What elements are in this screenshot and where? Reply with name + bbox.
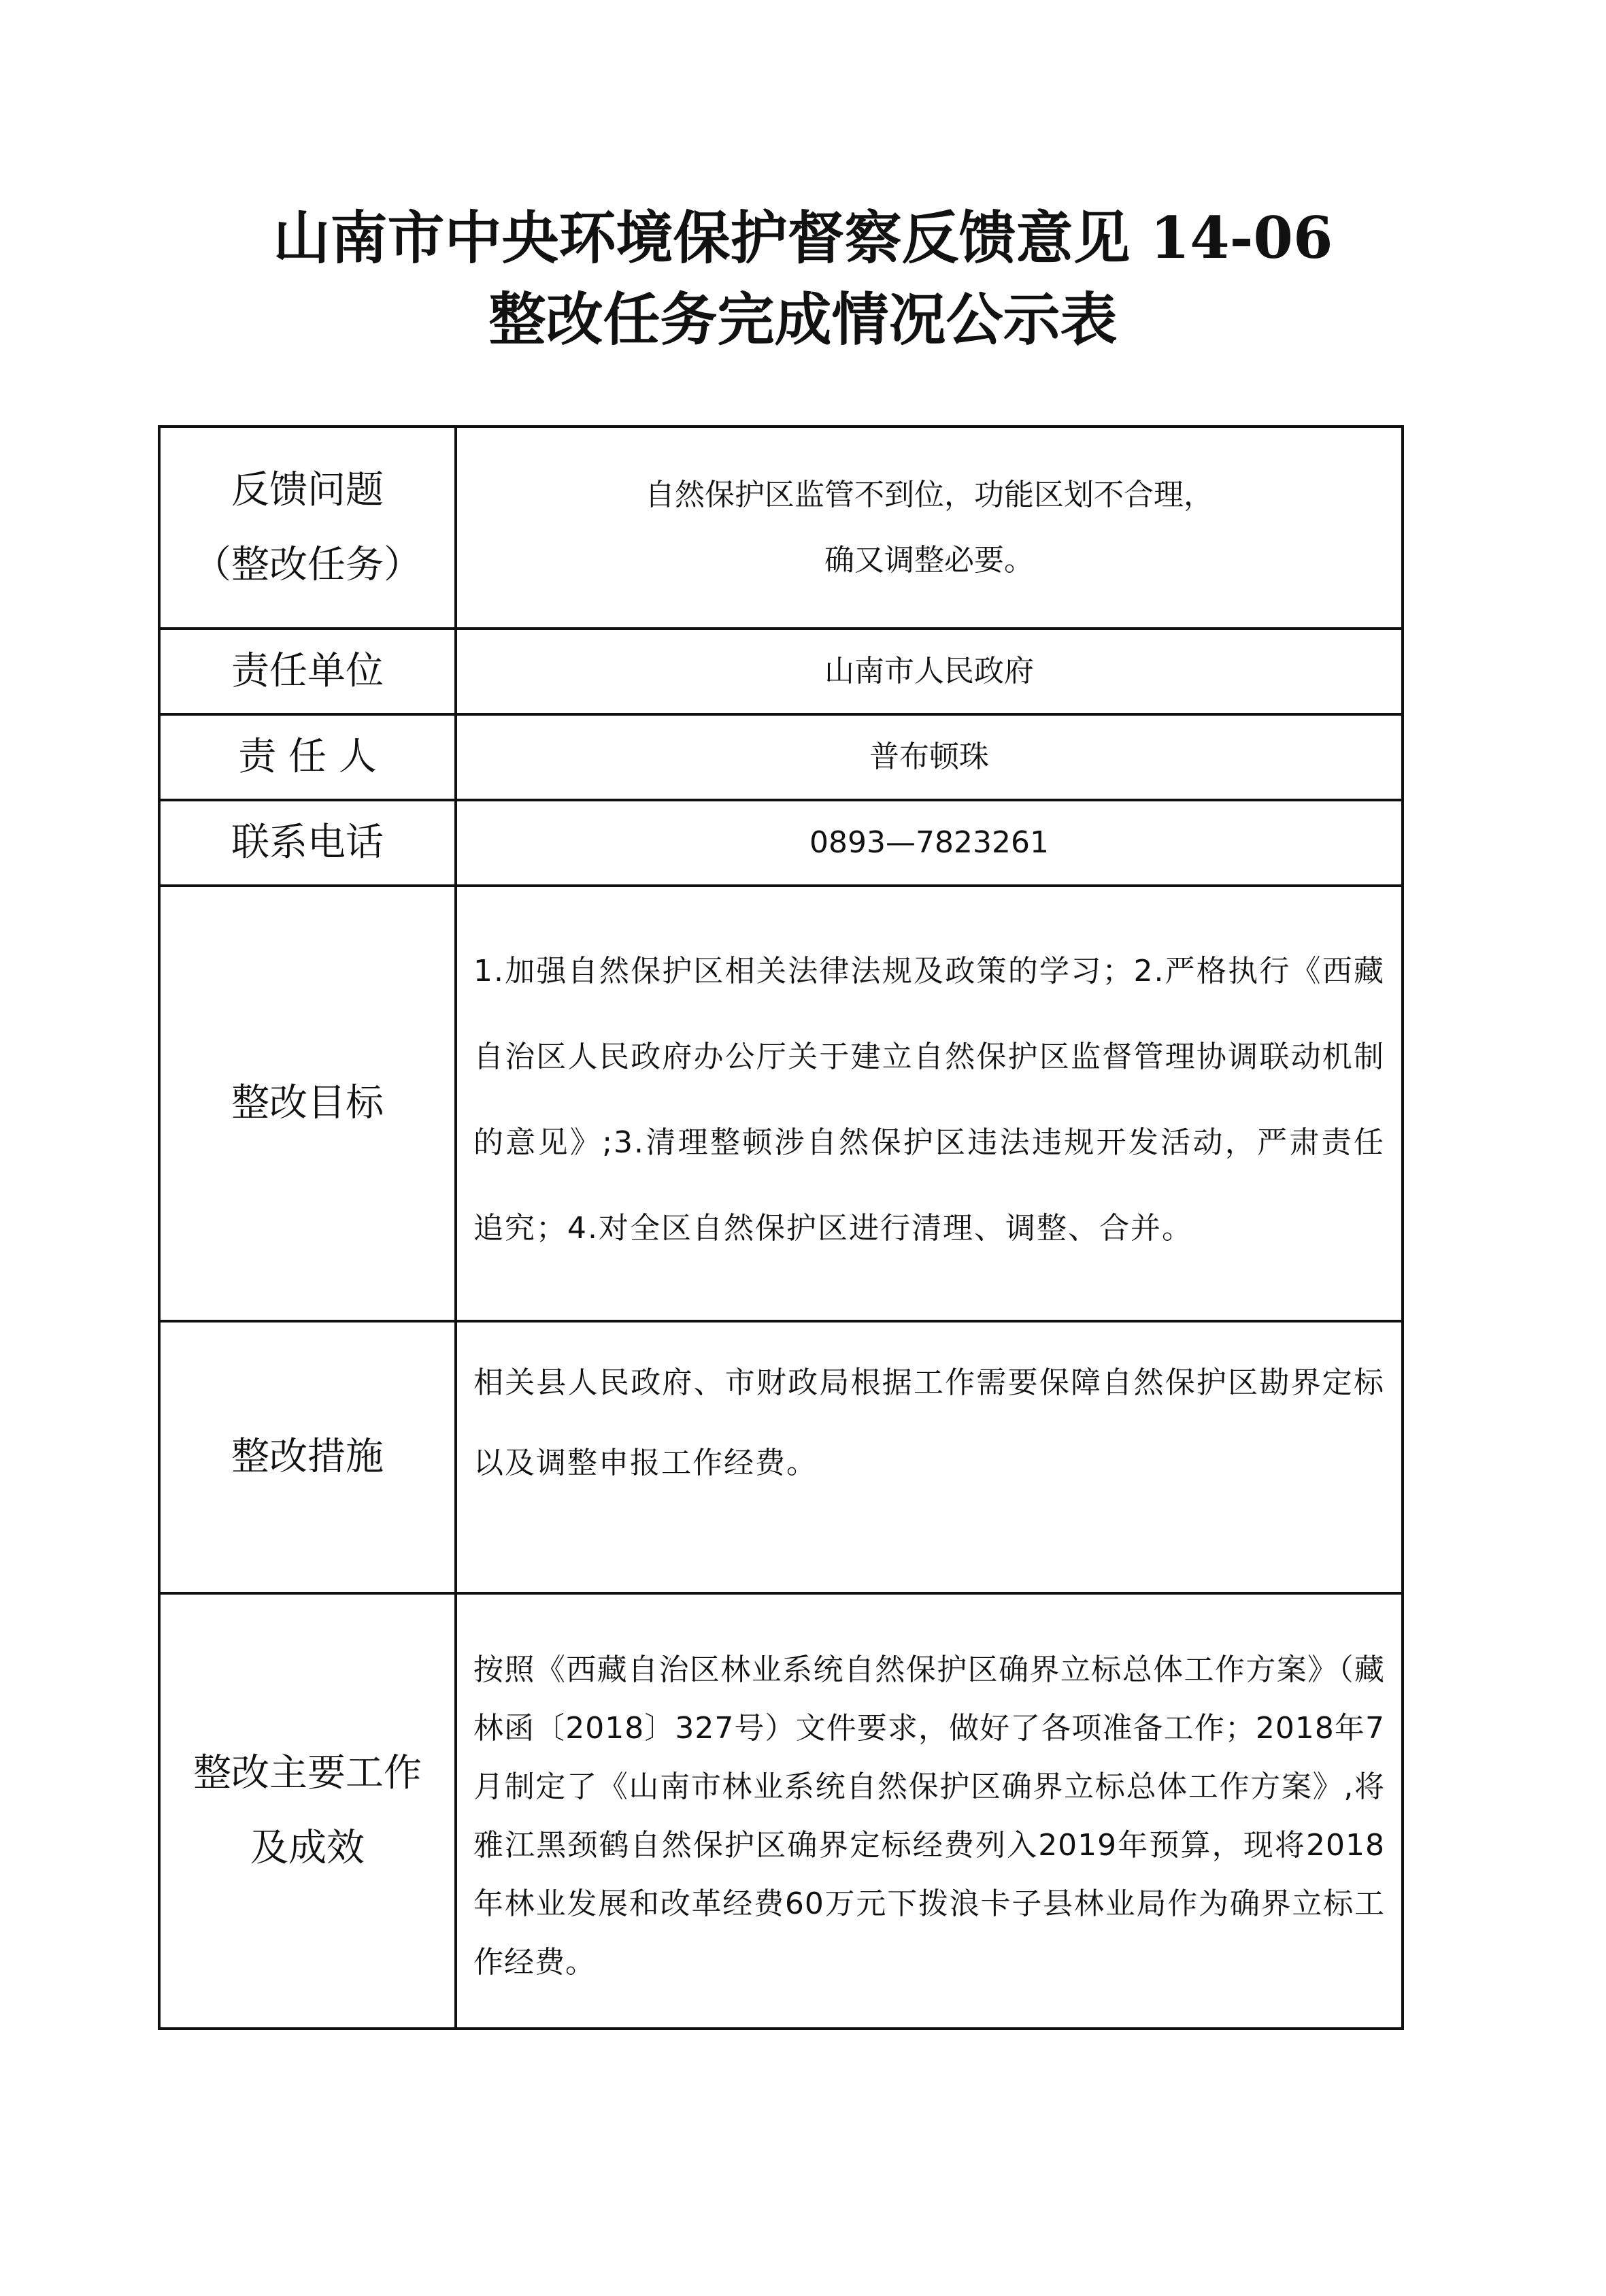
value-feedback-issue: 自然保护区监管不到位，功能区划不合理， 确又调整必要。 <box>456 427 1403 629</box>
label-line: 及成效 <box>161 1811 454 1886</box>
label-responsible-person: 责 任 人 <box>159 714 456 800</box>
table-row-feedback-issue: 反馈问题 （整改任务） 自然保护区监管不到位，功能区划不合理， 确又调整必要。 <box>159 427 1403 629</box>
value-line: 确又调整必要。 <box>458 528 1401 593</box>
value-rectification-measures: 相关县人民政府、市财政局根据工作需要保障自然保护区勘界定标以及调整申报工作经费。 <box>456 1321 1403 1593</box>
title-line-2: 整改任务完成情况公示表 <box>0 279 1606 361</box>
value-responsible-person: 普布顿珠 <box>456 714 1403 800</box>
value-contact-phone: 0893—7823261 <box>456 800 1403 886</box>
title-line-1: 山南市中央环境保护督察反馈意见 14-06 <box>0 197 1606 279</box>
rectification-table: 反馈问题 （整改任务） 自然保护区监管不到位，功能区划不合理， 确又调整必要。 … <box>158 425 1404 2030</box>
table-row-responsible-person: 责 任 人 普布顿珠 <box>159 714 1403 800</box>
label-line: 整改主要工作 <box>161 1736 454 1811</box>
value-responsible-unit: 山南市人民政府 <box>456 629 1403 714</box>
table-row-responsible-unit: 责任单位 山南市人民政府 <box>159 629 1403 714</box>
document-title: 山南市中央环境保护督察反馈意见 14-06 整改任务完成情况公示表 <box>0 197 1606 361</box>
table-row-main-work-results: 整改主要工作 及成效 按照《西藏自治区林业系统自然保护区确界立标总体工作方案》（… <box>159 1593 1403 2029</box>
table-row-rectification-measures: 整改措施 相关县人民政府、市财政局根据工作需要保障自然保护区勘界定标以及调整申报… <box>159 1321 1403 1593</box>
table-row-contact-phone: 联系电话 0893—7823261 <box>159 800 1403 886</box>
label-rectification-goal: 整改目标 <box>159 886 456 1321</box>
table-row-rectification-goal: 整改目标 1.加强自然保护区相关法律法规及政策的学习；2.严格执行《西藏自治区人… <box>159 886 1403 1321</box>
label-responsible-unit: 责任单位 <box>159 629 456 714</box>
value-main-work-results: 按照《西藏自治区林业系统自然保护区确界立标总体工作方案》（藏林函〔2018〕32… <box>456 1593 1403 2029</box>
value-rectification-goal: 1.加强自然保护区相关法律法规及政策的学习；2.严格执行《西藏自治区人民政府办公… <box>456 886 1403 1321</box>
label-main-work-results: 整改主要工作 及成效 <box>159 1593 456 2029</box>
label-contact-phone: 联系电话 <box>159 800 456 886</box>
label-rectification-measures: 整改措施 <box>159 1321 456 1593</box>
label-feedback-issue: 反馈问题 （整改任务） <box>159 427 456 629</box>
label-line: 反馈问题 <box>161 453 454 528</box>
value-line: 自然保护区监管不到位，功能区划不合理， <box>458 463 1401 528</box>
label-line: （整改任务） <box>161 528 454 603</box>
